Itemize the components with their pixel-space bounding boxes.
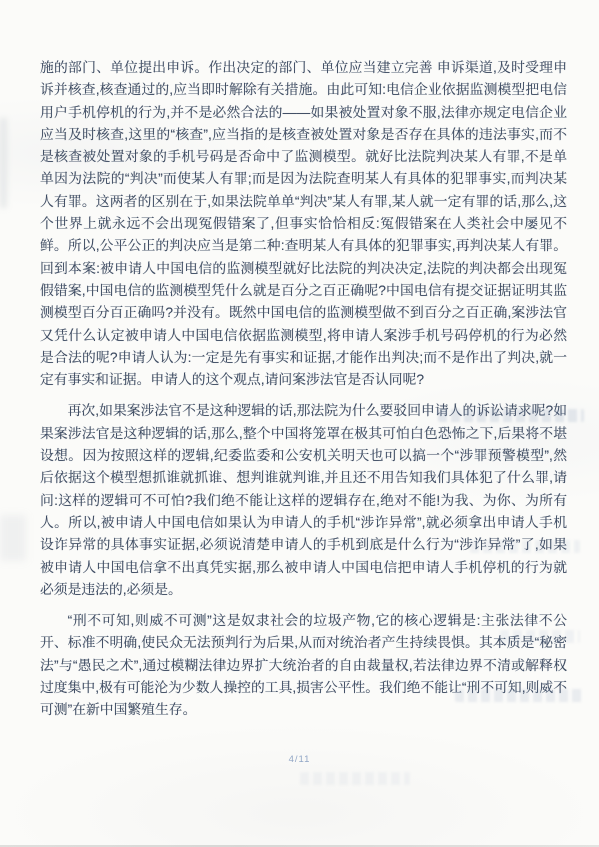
bleedthrough-artifact [455, 689, 583, 702]
body-paragraph-2: 再次,如果案涉法官不是这种逻辑的话,那法院为什么要驳回申请人的诉讼请求呢?如果案… [40, 400, 567, 601]
bleedthrough-artifact [300, 772, 410, 785]
document-body: 施的部门、单位提出申诉。作出决定的部门、单位应当建立完善 申诉渠道,及时受理申诉… [40, 57, 567, 731]
scanned-document-page: 施的部门、单位提出申诉。作出决定的部门、单位应当建立完善 申诉渠道,及时受理申诉… [0, 0, 599, 847]
scan-artifact [0, 118, 7, 208]
page-number: 4/11 [0, 754, 599, 765]
body-paragraph-3: “刑不可知,则威不可测”这是奴隶社会的垃圾产物,它的核心逻辑是:主张法律不公开、… [40, 610, 567, 721]
bleedthrough-artifact [470, 540, 580, 553]
body-paragraph-1: 施的部门、单位提出申诉。作出决定的部门、单位应当建立完善 申诉渠道,及时受理申诉… [40, 57, 567, 391]
bleedthrough-artifact [438, 409, 584, 422]
scan-artifact [0, 515, 26, 561]
bleedthrough-artifact [500, 630, 580, 643]
